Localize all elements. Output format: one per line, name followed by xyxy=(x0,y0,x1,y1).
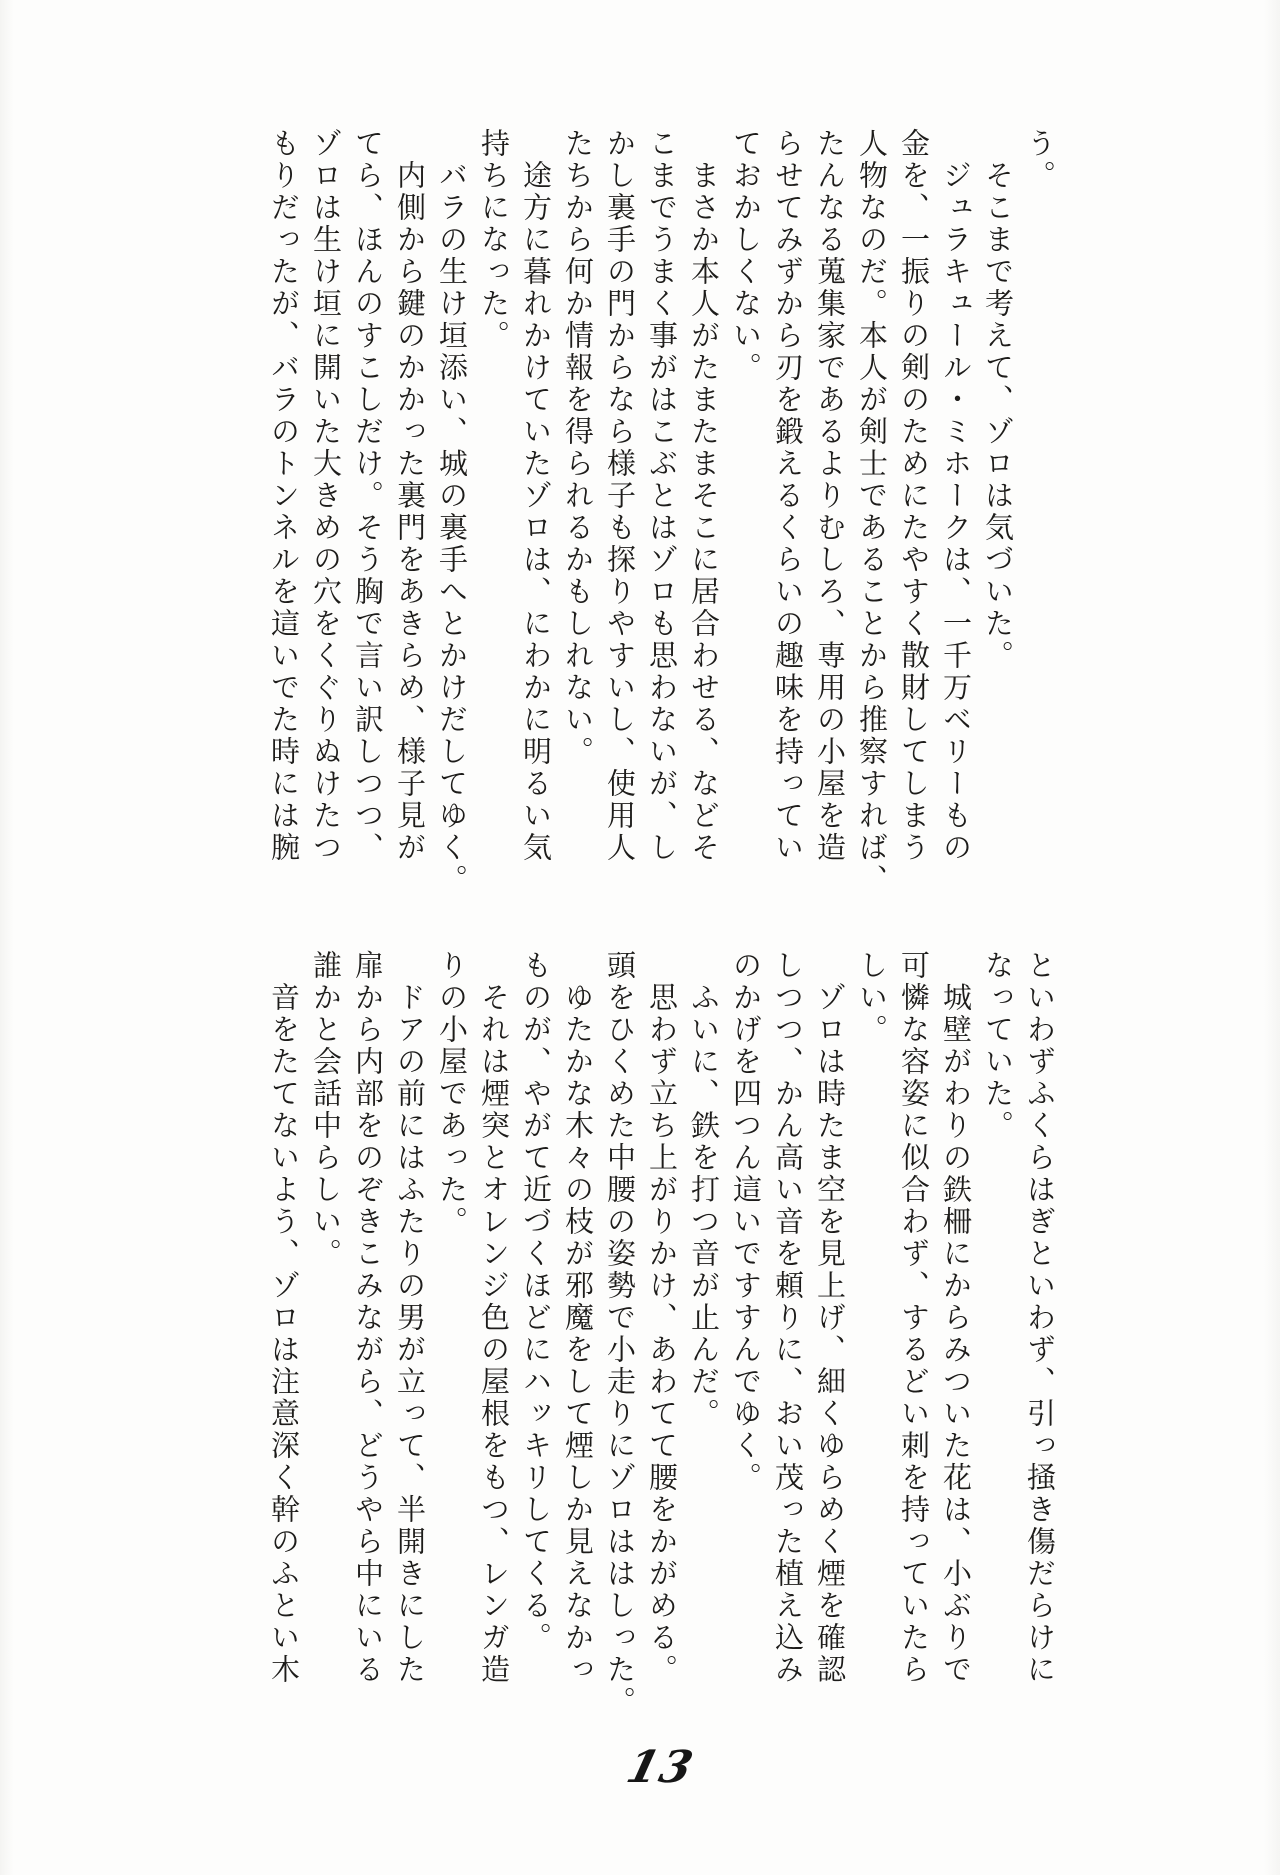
text-column: ジュラキュール・ミホークは、一千万ベリーもの xyxy=(935,128,977,876)
text-column: 思わず立ち上がりかけ、あわてて腰をかがめる。 xyxy=(641,950,683,1698)
text-column: 内側から鍵のかかった裏門をあきらめ、様子見が xyxy=(389,128,431,876)
text-column: かし裏手の門からなら様子も探りやすいし、使用人 xyxy=(599,128,641,876)
text-column: ドアの前にはふたりの男が立って、半開きにした xyxy=(389,950,431,1698)
text-column: ゾロは時たま空を見上げ、細くゆらめく煙を確認 xyxy=(809,950,851,1698)
text-column: たんなる蒐集家であるよりむしろ、専用の小屋を造 xyxy=(809,128,851,876)
text-column: 扉から内部をのぞきこみながら、どうやら中にいる xyxy=(347,950,389,1698)
text-column: う。 xyxy=(1019,128,1061,876)
text-column: りの小屋であった。 xyxy=(431,950,473,1698)
text-column: そこまで考えて、ゾロは気づいた。 xyxy=(977,128,1019,876)
text-column: それは煙突とオレンジ色の屋根をもつ、レンガ造 xyxy=(473,950,515,1698)
text-column: もりだったが、バラのトンネルを這いでた時には腕 xyxy=(263,128,305,876)
text-column: なっていた。 xyxy=(977,950,1019,1698)
text-column: しい。 xyxy=(851,950,893,1698)
text-column: 可憐な容姿に似合わず、するどい刺を持っていたら xyxy=(893,950,935,1698)
text-column: まさか本人がたまたまそこに居合わせる、などそ xyxy=(683,128,725,876)
text-column: 城壁がわりの鉄柵にからみついた花は、小ぶりで xyxy=(935,950,977,1698)
text-column: ものが、やがて近づくほどにハッキリしてくる。 xyxy=(515,950,557,1698)
text-column: たちから何か情報を得られるかもしれない。 xyxy=(557,128,599,876)
top-text-block: う。 そこまで考えて、ゾロは気づいた。 ジュラキュール・ミホークは、一千万ベリー… xyxy=(263,128,1061,876)
text-column: 金を、一振りの剣のためにたやすく散財してしまう xyxy=(893,128,935,876)
text-column: のかげを四つん這いですすんでゆく。 xyxy=(725,950,767,1698)
text-column: 持ちになった。 xyxy=(473,128,515,876)
text-column: 人物なのだ。本人が剣士であることから推察すれば、 xyxy=(851,128,893,876)
text-column: 途方に暮れかけていたゾロは、にわかに明るい気 xyxy=(515,128,557,876)
scanned-page: う。 そこまで考えて、ゾロは気づいた。 ジュラキュール・ミホークは、一千万ベリー… xyxy=(0,0,1280,1875)
text-column: ておかしくない。 xyxy=(725,128,767,876)
text-column: てら、ほんのすこしだけ。そう胸で言い訳しつつ、 xyxy=(347,128,389,876)
text-column: ゾロは生け垣に開いた大きめの穴をくぐりぬけたつ xyxy=(305,128,347,876)
page-number: 13 xyxy=(622,1742,700,1793)
text-column: バラの生け垣添い、城の裏手へとかけだしてゆく。 xyxy=(431,128,473,876)
bottom-text-block: といわずふくらはぎといわず、引っ掻き傷だらけに なっていた。 城壁がわりの鉄柵に… xyxy=(263,950,1061,1698)
text-column: ゆたかな木々の枝が邪魔をして煙しか見えなかっ xyxy=(557,950,599,1698)
text-column: 頭をひくめた中腰の姿勢で小走りにゾロははしった。 xyxy=(599,950,641,1698)
text-column: 誰かと会話中らしい。 xyxy=(305,950,347,1698)
text-column: しつつ、かん高い音を頼りに、おい茂った植え込み xyxy=(767,950,809,1698)
text-column: 音をたてないよう、ゾロは注意深く幹のふとい木 xyxy=(263,950,305,1698)
text-column: ふいに、鉄を打つ音が止んだ。 xyxy=(683,950,725,1698)
text-column: こまでうまく事がはこぶとはゾロも思わないが、し xyxy=(641,128,683,876)
text-column: らせてみずから刃を鍛えるくらいの趣味を持ってい xyxy=(767,128,809,876)
text-column: といわずふくらはぎといわず、引っ掻き傷だらけに xyxy=(1019,950,1061,1698)
